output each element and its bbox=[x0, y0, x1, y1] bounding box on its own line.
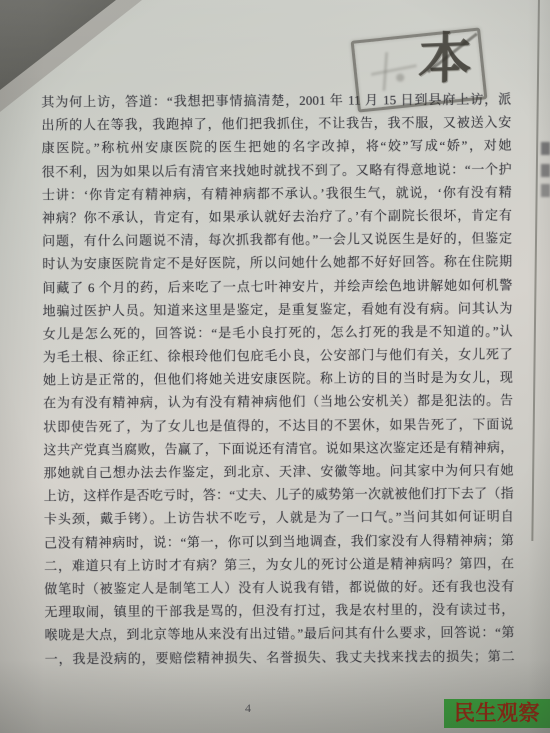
text-line: 那她就自己想办法去作鉴定，到北京、天津、安徽等地。问其家中为何只有她 bbox=[44, 459, 514, 485]
text-line: 女儿是怎么死的，回答说：“是毛小良打死的，怎么打死的我是不知道的。”认 bbox=[43, 319, 513, 345]
text-line: 一，我是没病的，要赔偿精神损失、名誉损失、我丈夫找来找去的损失；第二 bbox=[45, 644, 515, 670]
document-photo: 其为何上访，答道：“我想把事情搞清楚，2001 年 11 月 15 日到县府上访… bbox=[0, 0, 550, 733]
text-line: 她上访是正常的，但他们将她关进安康医院。称上访的目的当时是为女儿，现 bbox=[43, 366, 513, 392]
text-line: 时认为安康医院肯定不是好医院，所以问她什么她都不好好回答。称在住院期 bbox=[42, 250, 512, 276]
text-line: 很不利，因为如果以后有清官来找她时就找不到了。又略有得意地说：“一个护 bbox=[42, 157, 512, 183]
text-line: 状即使告死了，为了女儿也是值得的，不达目的不罢休，如果告死了，下面说 bbox=[43, 412, 513, 438]
text-line: 出所的人在等我，我跑掉了，他们把我抓住，不让我告，我不服，又被送入安 bbox=[41, 111, 511, 137]
text-line: 问题，有什么问题说不清，每次抓我都有他。”一会儿又说医生是好的，但鉴定 bbox=[42, 227, 512, 253]
text-line: 做笔时（被鉴定人是制笔工人）没有人说我有错，都说做的好。还有我也没有 bbox=[44, 574, 514, 600]
text-line: 地骗过医护人员。知道来这里是鉴定，是重复鉴定，看她有没有病。问其认为 bbox=[43, 296, 513, 322]
text-line: 在为有没有精神病，认为有没有精神病他们（当地公安机关）都是犯法的。告 bbox=[43, 389, 513, 415]
document-text: 其为何上访，答道：“我想把事情搞清楚，2001 年 11 月 15 日到县府上访… bbox=[41, 88, 515, 671]
text-line: 二，难道只有上访时才有病？第三，为女儿的死讨公道是精神病吗？第四，在 bbox=[44, 551, 514, 577]
text-line: 这共产党真当腐败，告赢了，下面说还有清官。说如果这次鉴定还是有精神病， bbox=[43, 435, 513, 461]
text-line: 神病？你不承认，肯定有，如果承认就好去治疗了。’有个副院长很坏，肯定有 bbox=[42, 204, 512, 230]
watermark-text: 民生观察 bbox=[454, 703, 540, 724]
text-line: 喉咙是大点，到北京等地从来没有出过错。”最后问其有什么要求，回答说：“第 bbox=[44, 621, 514, 647]
text-line: 士讲：‘你肯定有精神病，有精神病都不承认。’我很生气，就说，‘你有没有精 bbox=[42, 180, 512, 206]
page-edge-line bbox=[531, 0, 539, 541]
text-line: 卡头颈，戴手铐）。上访告状不吃亏，人就是为了一口气。”当问其如何证明自 bbox=[44, 505, 514, 531]
text-line: 康医院。”称杭州安康医院的医生把她的名字改掉，将“姣”写成“娇”，对她 bbox=[42, 134, 512, 160]
page-number: 4 bbox=[245, 701, 251, 716]
copy-stamp: 本 bbox=[351, 27, 488, 112]
text-line: 为毛土根、徐正红、徐根玲他们包庇毛小良，公安部门与他们有关，女儿死了 bbox=[43, 343, 513, 369]
stamp-smudge bbox=[369, 49, 419, 92]
text-line: 上访，这样作是否吃亏时，答：“丈夫、儿子的威势第一次就被他们打下去了（指 bbox=[44, 482, 514, 508]
text-line: 间藏了 6 个月的药，后来吃了一点七叶神安片，并绘声绘色地讲解她如何机警 bbox=[42, 273, 512, 299]
text-line: 己没有精神病时，说：“第一，你可以到当地调查，我们家没有人得精神病；第 bbox=[44, 528, 514, 554]
text-line: 无理取闹，镇里的干部我是骂的，但没有打过，我是农村里的，没有读过书， bbox=[44, 598, 514, 624]
minsheng-watermark: 民生观察 bbox=[444, 699, 550, 728]
page-edge-marks bbox=[541, 142, 550, 155]
